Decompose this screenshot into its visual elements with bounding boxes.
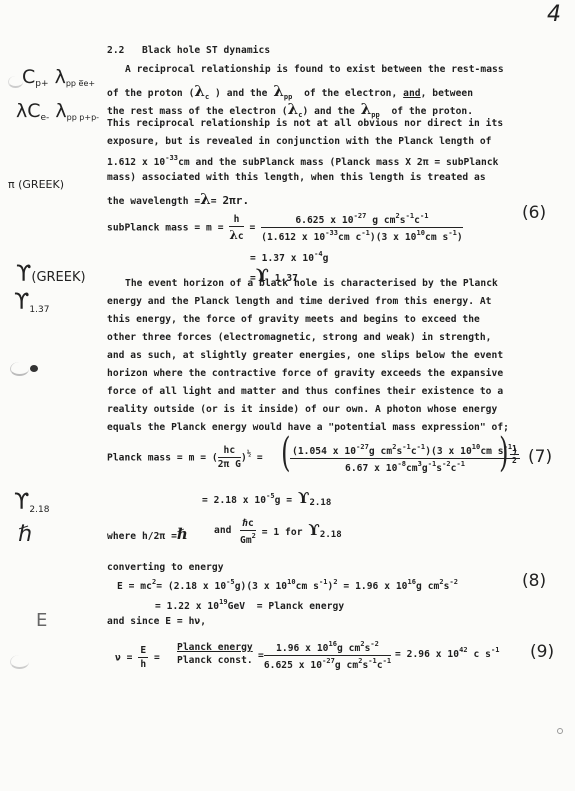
section-number: 2.2 <box>107 45 124 56</box>
para2-line: horizon where the contractive force of g… <box>107 368 503 379</box>
margin-note-lambda-ce: λCe- λpp p+p- <box>16 100 99 123</box>
page-number: 4 <box>547 2 561 27</box>
para1-line: A reciprocal relationship is found to ex… <box>125 64 504 75</box>
para2-line: reality outside (or is it inside) of our… <box>107 404 497 415</box>
eq7-and: and <box>214 525 231 536</box>
eq8-intro: converting to energy <box>107 562 224 573</box>
para1-line: exposure, but is revealed in conjunction… <box>107 136 492 147</box>
eq8-after: and since E = hν, <box>107 616 206 627</box>
para1-line: mass) associated with this length, when … <box>107 172 486 183</box>
eq7-where: where h/2π =ℏ <box>107 525 188 543</box>
hole-punch-mark <box>8 76 23 88</box>
section-title: Black hole ST dynamics <box>142 45 270 56</box>
para1-line: the rest mass of the electron (λc) and t… <box>107 100 473 119</box>
eq9-result: = 2.96 x 1042 c s-1 <box>395 646 499 660</box>
para1-line: of the proton (λc ) and the λpp of the e… <box>107 82 473 101</box>
eq6-result-grams: = 1.37 x 10-4g <box>250 250 328 264</box>
eq7-label: (7) <box>528 447 552 467</box>
eq8-line1: E = mc2= (2.18 x 10-5g)(3 x 1010cm s-1)2… <box>117 578 458 592</box>
hole-punch-mark <box>10 362 29 376</box>
eq9-lhs: ν = Eh = <box>115 645 160 670</box>
eq6-label: (6) <box>522 203 546 223</box>
margin-note-upsilon-greek: ϒ(GREEK) <box>16 262 86 287</box>
para2-line: force of all light and matter and thus c… <box>107 386 503 397</box>
eq7-exponent: 12 <box>510 444 519 465</box>
eq9-fraction: =1.96 x 1016g cm2s-26.625 x 10-27g cm2s-… <box>258 640 391 671</box>
margin-note-upsilon-218: ϒ2.18 <box>14 490 49 515</box>
eq7-lhs: Planck mass = m = (hc2π G)½ = <box>107 445 263 470</box>
margin-note-hbar: ℏ <box>18 522 32 547</box>
para1-line: the wavelength =λ= 2πr. <box>107 190 249 208</box>
eq6-lhs: subPlanck mass = m = hλc = 6.625 x 10-27… <box>107 212 463 243</box>
eq8-line2: = 1.22 x 1019GeV = Planck energy <box>155 598 344 612</box>
ink-blot <box>30 365 38 372</box>
margin-note-upsilon-137: ϒ1.37 <box>14 290 49 315</box>
para2-line: this energy, the force of gravity meets … <box>107 314 480 325</box>
eq7-condition: ℏcGm2 = 1 for ϒ2.18 <box>240 518 342 546</box>
margin-note-cp: Cp+ λpp e̅e+ <box>22 66 95 89</box>
para2-line: equals the Planck energy would have a "p… <box>107 422 509 433</box>
margin-note-e: E <box>36 610 47 631</box>
margin-note-pi-greek: π (GREEK) <box>8 178 64 191</box>
eq9-label: (9) <box>530 642 554 662</box>
para2-line: The event horizon of a black hole is cha… <box>125 278 498 289</box>
section-heading: 2.2 Black hole ST dynamics <box>107 45 270 56</box>
speck-mark <box>557 728 563 734</box>
para2-line: energy and the Planck length and time de… <box>107 296 492 307</box>
para1-line: 1.612 x 10-33cm and the subPlanck mass (… <box>107 154 499 168</box>
eq7-close-paren: ) <box>499 430 508 476</box>
hole-punch-mark <box>10 655 29 669</box>
eq9-words: Planck energyPlanck const. <box>175 642 255 666</box>
eq7-result: = 2.18 x 10-5g = ϒ2.18 <box>202 489 331 508</box>
para2-line: other three forces (electromagnetic, str… <box>107 332 492 343</box>
eq7-fraction: (1.054 x 10-27g cm2s-1c-1)(3 x 1010cm s-… <box>290 443 520 474</box>
eq8-label: (8) <box>522 571 546 591</box>
para2-line: and as such, at slightly greater energie… <box>107 350 503 361</box>
para1-line: This reciprocal relationship is not at a… <box>107 118 503 129</box>
